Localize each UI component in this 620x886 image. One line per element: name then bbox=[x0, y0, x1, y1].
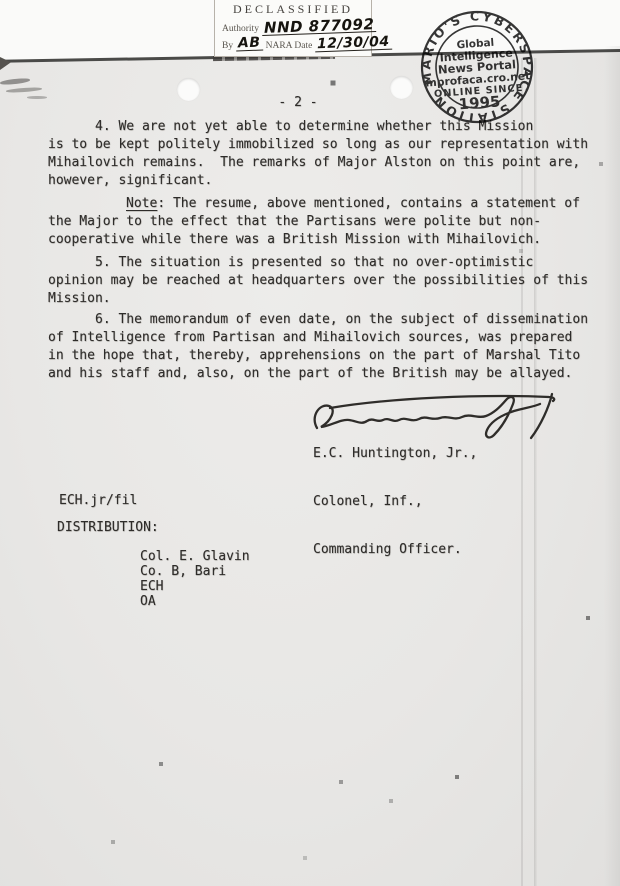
declassified-stamp: DECLASSIFIED Authority NND 877092 By AB … bbox=[214, 0, 372, 57]
paragraph-5: 5. The situation is presented so that no… bbox=[48, 254, 588, 308]
authority-handwritten-value: NND 877092 bbox=[262, 18, 377, 36]
paragraph-6: 6. The memorandum of even date, on the s… bbox=[48, 311, 588, 383]
by-date-row: By AB NARA Date 12/30/04 bbox=[222, 37, 371, 51]
ink-smudge bbox=[6, 87, 42, 94]
note-underlined-label: Note bbox=[126, 196, 157, 211]
paper-specks bbox=[0, 0, 2, 2]
ink-smudge bbox=[0, 77, 30, 85]
authority-label: Authority bbox=[222, 24, 259, 34]
note-paragraph: Note: The resume, above mentioned, conta… bbox=[48, 195, 580, 249]
scanned-document-page: DECLASSIFIED Authority NND 877092 By AB … bbox=[0, 0, 620, 886]
nara-date-label: NARA Date bbox=[266, 41, 313, 51]
signer-rank: Colonel, Inf., bbox=[313, 494, 477, 510]
by-handwritten-initials: AB bbox=[236, 37, 263, 52]
cyberspace-station-stamp: MARIO'S CYBERSPACE STATION Global Intell… bbox=[410, 0, 544, 134]
stamp-line-year: 1995 bbox=[458, 92, 501, 113]
authority-row: Authority NND 877092 bbox=[222, 20, 371, 34]
right-edge-shadow bbox=[604, 46, 620, 886]
distribution-list: Col. E. Glavin Co. B, Bari ECH OA bbox=[140, 549, 250, 609]
paragraph-4: 4. We are not yet able to determine whet… bbox=[48, 118, 588, 190]
declassified-title: DECLASSIFIED bbox=[215, 2, 371, 17]
date-handwritten-value: 12/30/04 bbox=[315, 36, 392, 53]
reference-initials: ECH.jr/fil bbox=[59, 492, 137, 510]
handwritten-signature bbox=[290, 386, 570, 444]
by-label: By bbox=[222, 41, 233, 51]
signer-role: Commanding Officer. bbox=[313, 542, 477, 558]
distribution-heading: DISTRIBUTION: bbox=[57, 519, 159, 537]
signer-name: E.C. Huntington, Jr., bbox=[313, 446, 477, 462]
